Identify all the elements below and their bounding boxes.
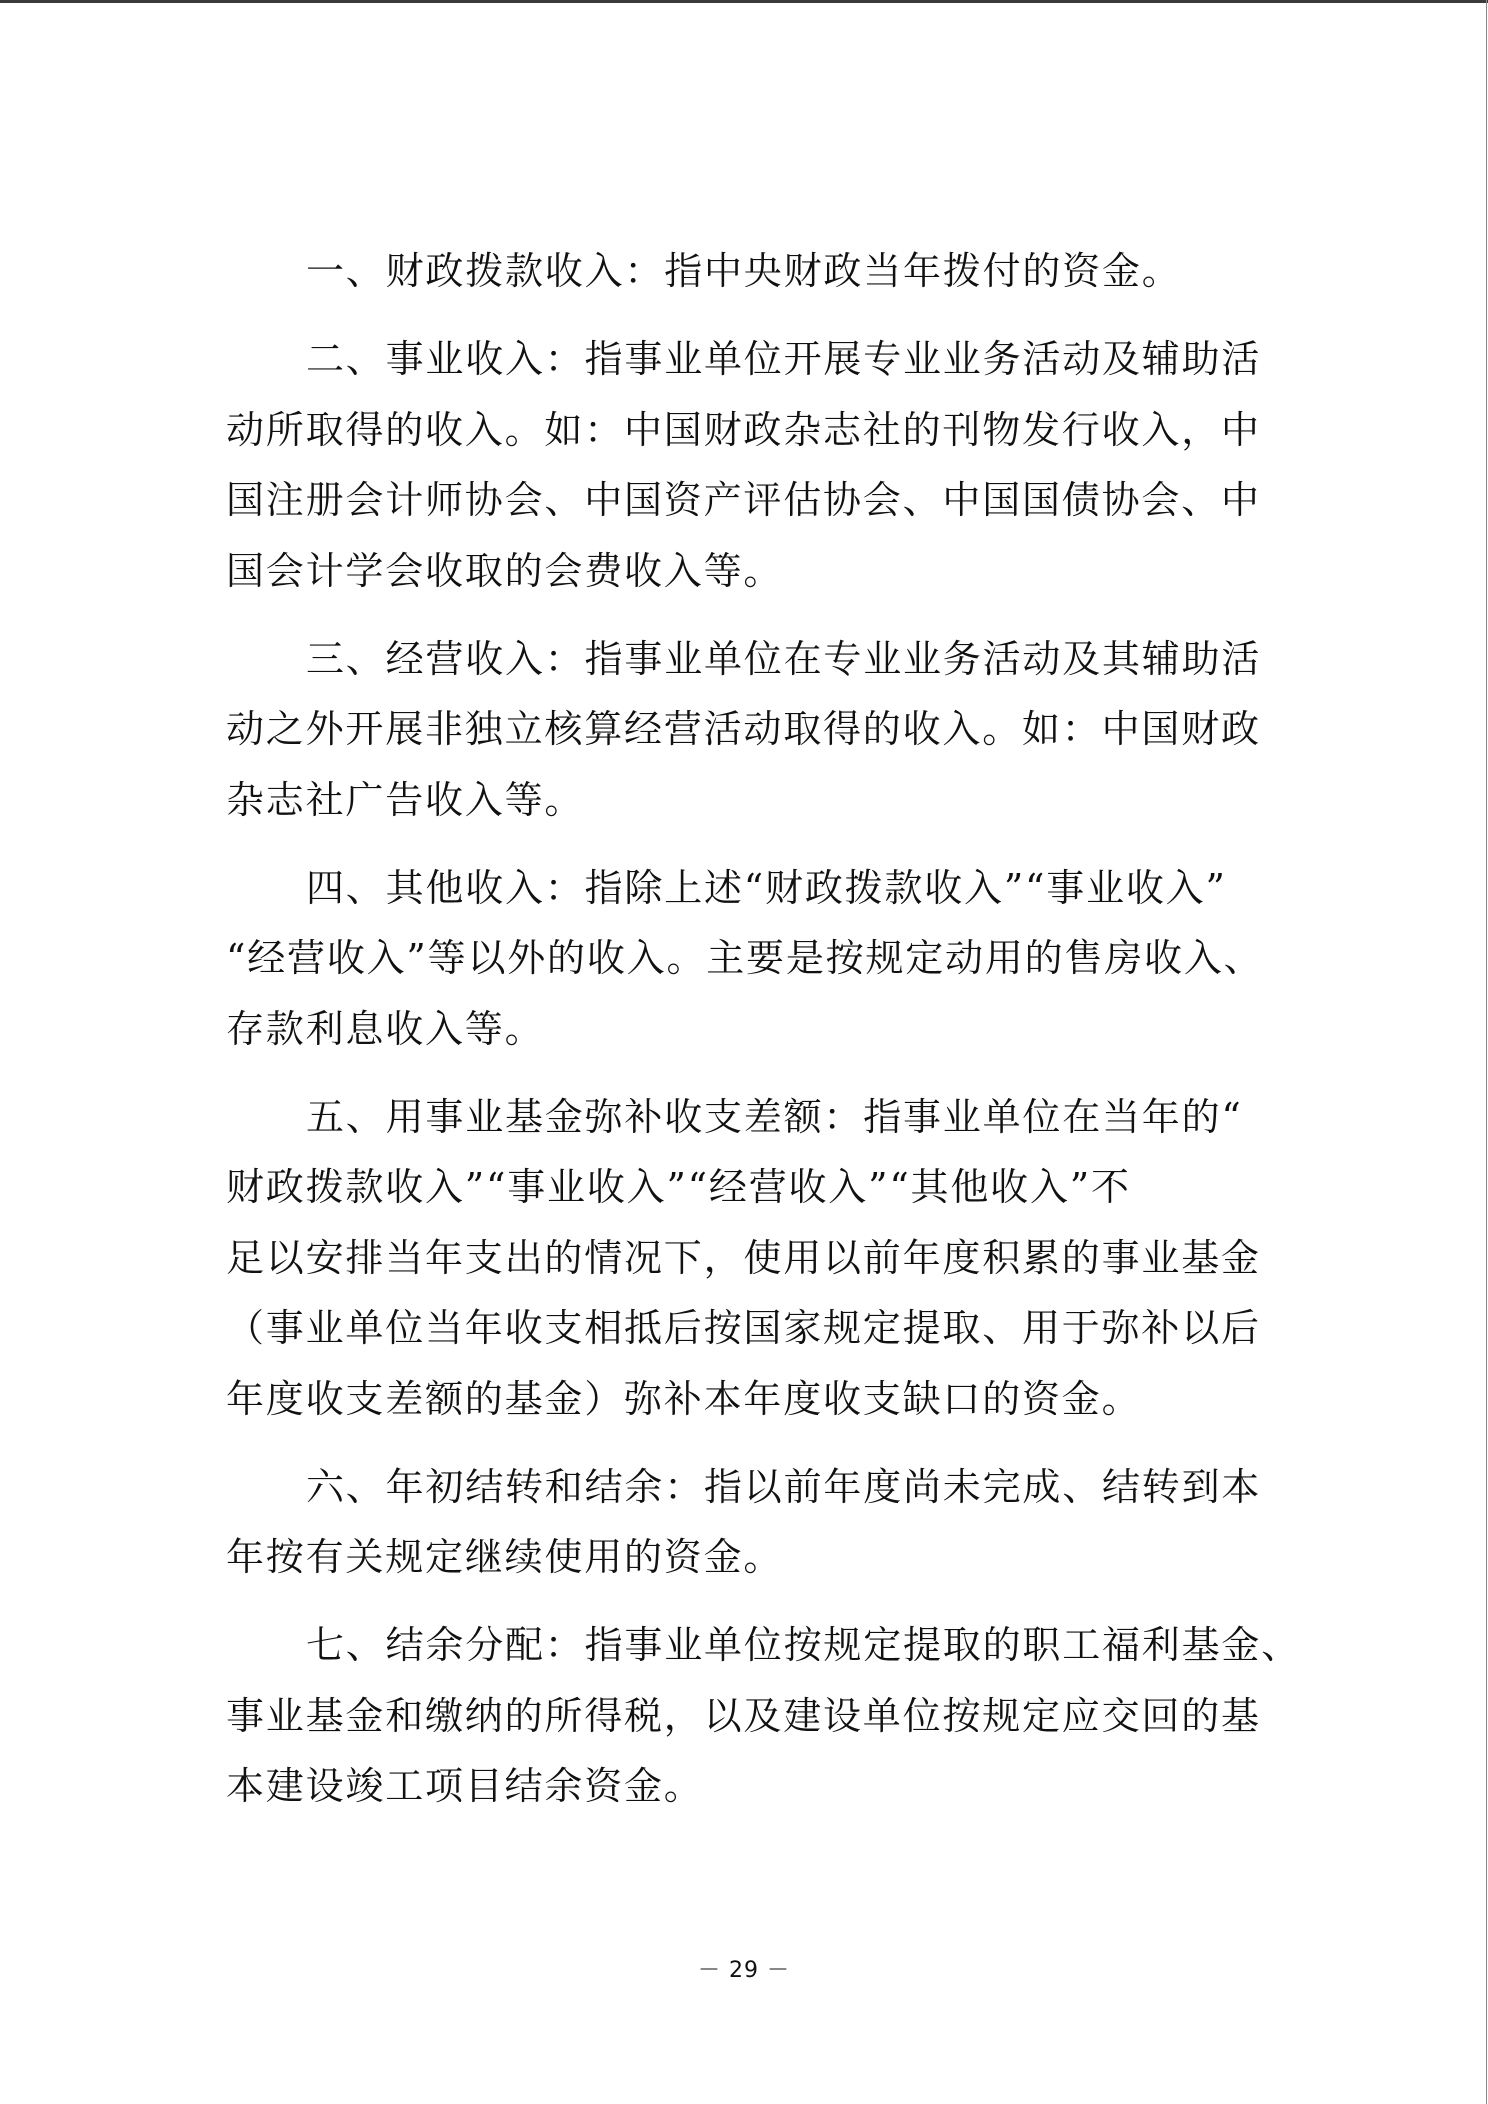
text-line: 足以安排当年支出的情况下，使用以前年度积累的事业基金 <box>226 1223 1326 1294</box>
page-number: － 29 － <box>0 1956 1488 1986</box>
text-line: 一、财政拨款收入：指中央财政当年拨付的资金。 <box>226 236 1326 307</box>
page-top-border <box>0 0 1488 3</box>
text-line: 动所取得的收入。如：中国财政杂志社的刊物发行收入，中 <box>226 395 1326 466</box>
paragraph-operating-income: 三、经营收入：指事业单位在专业业务活动及其辅助活 动之外开展非独立核算经营活动取… <box>226 624 1326 836</box>
text-line: 四、其他收入：指除上述“财政拨款收入”“事业收入” <box>226 853 1326 924</box>
text-line: 财政拨款收入”“事业收入”“经营收入”“其他收入”不 <box>226 1152 1326 1223</box>
text-line: “经营收入”等以外的收入。主要是按规定动用的售房收入、 <box>226 923 1326 994</box>
text-line: 六、年初结转和结余：指以前年度尚未完成、结转到本 <box>226 1452 1326 1523</box>
paragraph-fiscal-appropriation-income: 一、财政拨款收入：指中央财政当年拨付的资金。 <box>226 236 1326 307</box>
paragraph-carryover-balance: 六、年初结转和结余：指以前年度尚未完成、结转到本 年按有关规定继续使用的资金。 <box>226 1452 1326 1593</box>
text-line: 杂志社广告收入等。 <box>226 765 1326 836</box>
text-line: 国会计学会收取的会费收入等。 <box>226 536 1326 607</box>
text-line: 事业基金和缴纳的所得税，以及建设单位按规定应交回的基 <box>226 1681 1326 1752</box>
text-line: 年度收支差额的基金）弥补本年度收支缺口的资金。 <box>226 1364 1326 1435</box>
text-line: 存款利息收入等。 <box>226 994 1326 1065</box>
paragraph-business-income: 二、事业收入：指事业单位开展专业业务活动及辅助活 动所取得的收入。如：中国财政杂… <box>226 324 1326 606</box>
text-line: 国注册会计师协会、中国资产评估协会、中国国债协会、中 <box>226 465 1326 536</box>
document-body: 一、财政拨款收入：指中央财政当年拨付的资金。 二、事业收入：指事业单位开展专业业… <box>226 236 1326 1839</box>
page-right-border <box>1486 0 1487 2104</box>
text-line: 动之外开展非独立核算经营活动取得的收入。如：中国财政 <box>226 694 1326 765</box>
text-line: 七、结余分配：指事业单位按规定提取的职工福利基金、 <box>226 1610 1326 1681</box>
text-line: 二、事业收入：指事业单位开展专业业务活动及辅助活 <box>226 324 1326 395</box>
text-line: 本建设竣工项目结余资金。 <box>226 1751 1326 1822</box>
text-line: 年按有关规定继续使用的资金。 <box>226 1522 1326 1593</box>
text-line: 五、用事业基金弥补收支差额：指事业单位在当年的“ <box>226 1082 1326 1153</box>
text-line: （事业单位当年收支相抵后按国家规定提取、用于弥补以后 <box>226 1293 1326 1364</box>
paragraph-other-income: 四、其他收入：指除上述“财政拨款收入”“事业收入” “经营收入”等以外的收入。主… <box>226 853 1326 1065</box>
text-line: 三、经营收入：指事业单位在专业业务活动及其辅助活 <box>226 624 1326 695</box>
paragraph-business-fund-offset: 五、用事业基金弥补收支差额：指事业单位在当年的“ 财政拨款收入”“事业收入”“经… <box>226 1082 1326 1435</box>
paragraph-surplus-distribution: 七、结余分配：指事业单位按规定提取的职工福利基金、 事业基金和缴纳的所得税，以及… <box>226 1610 1326 1822</box>
